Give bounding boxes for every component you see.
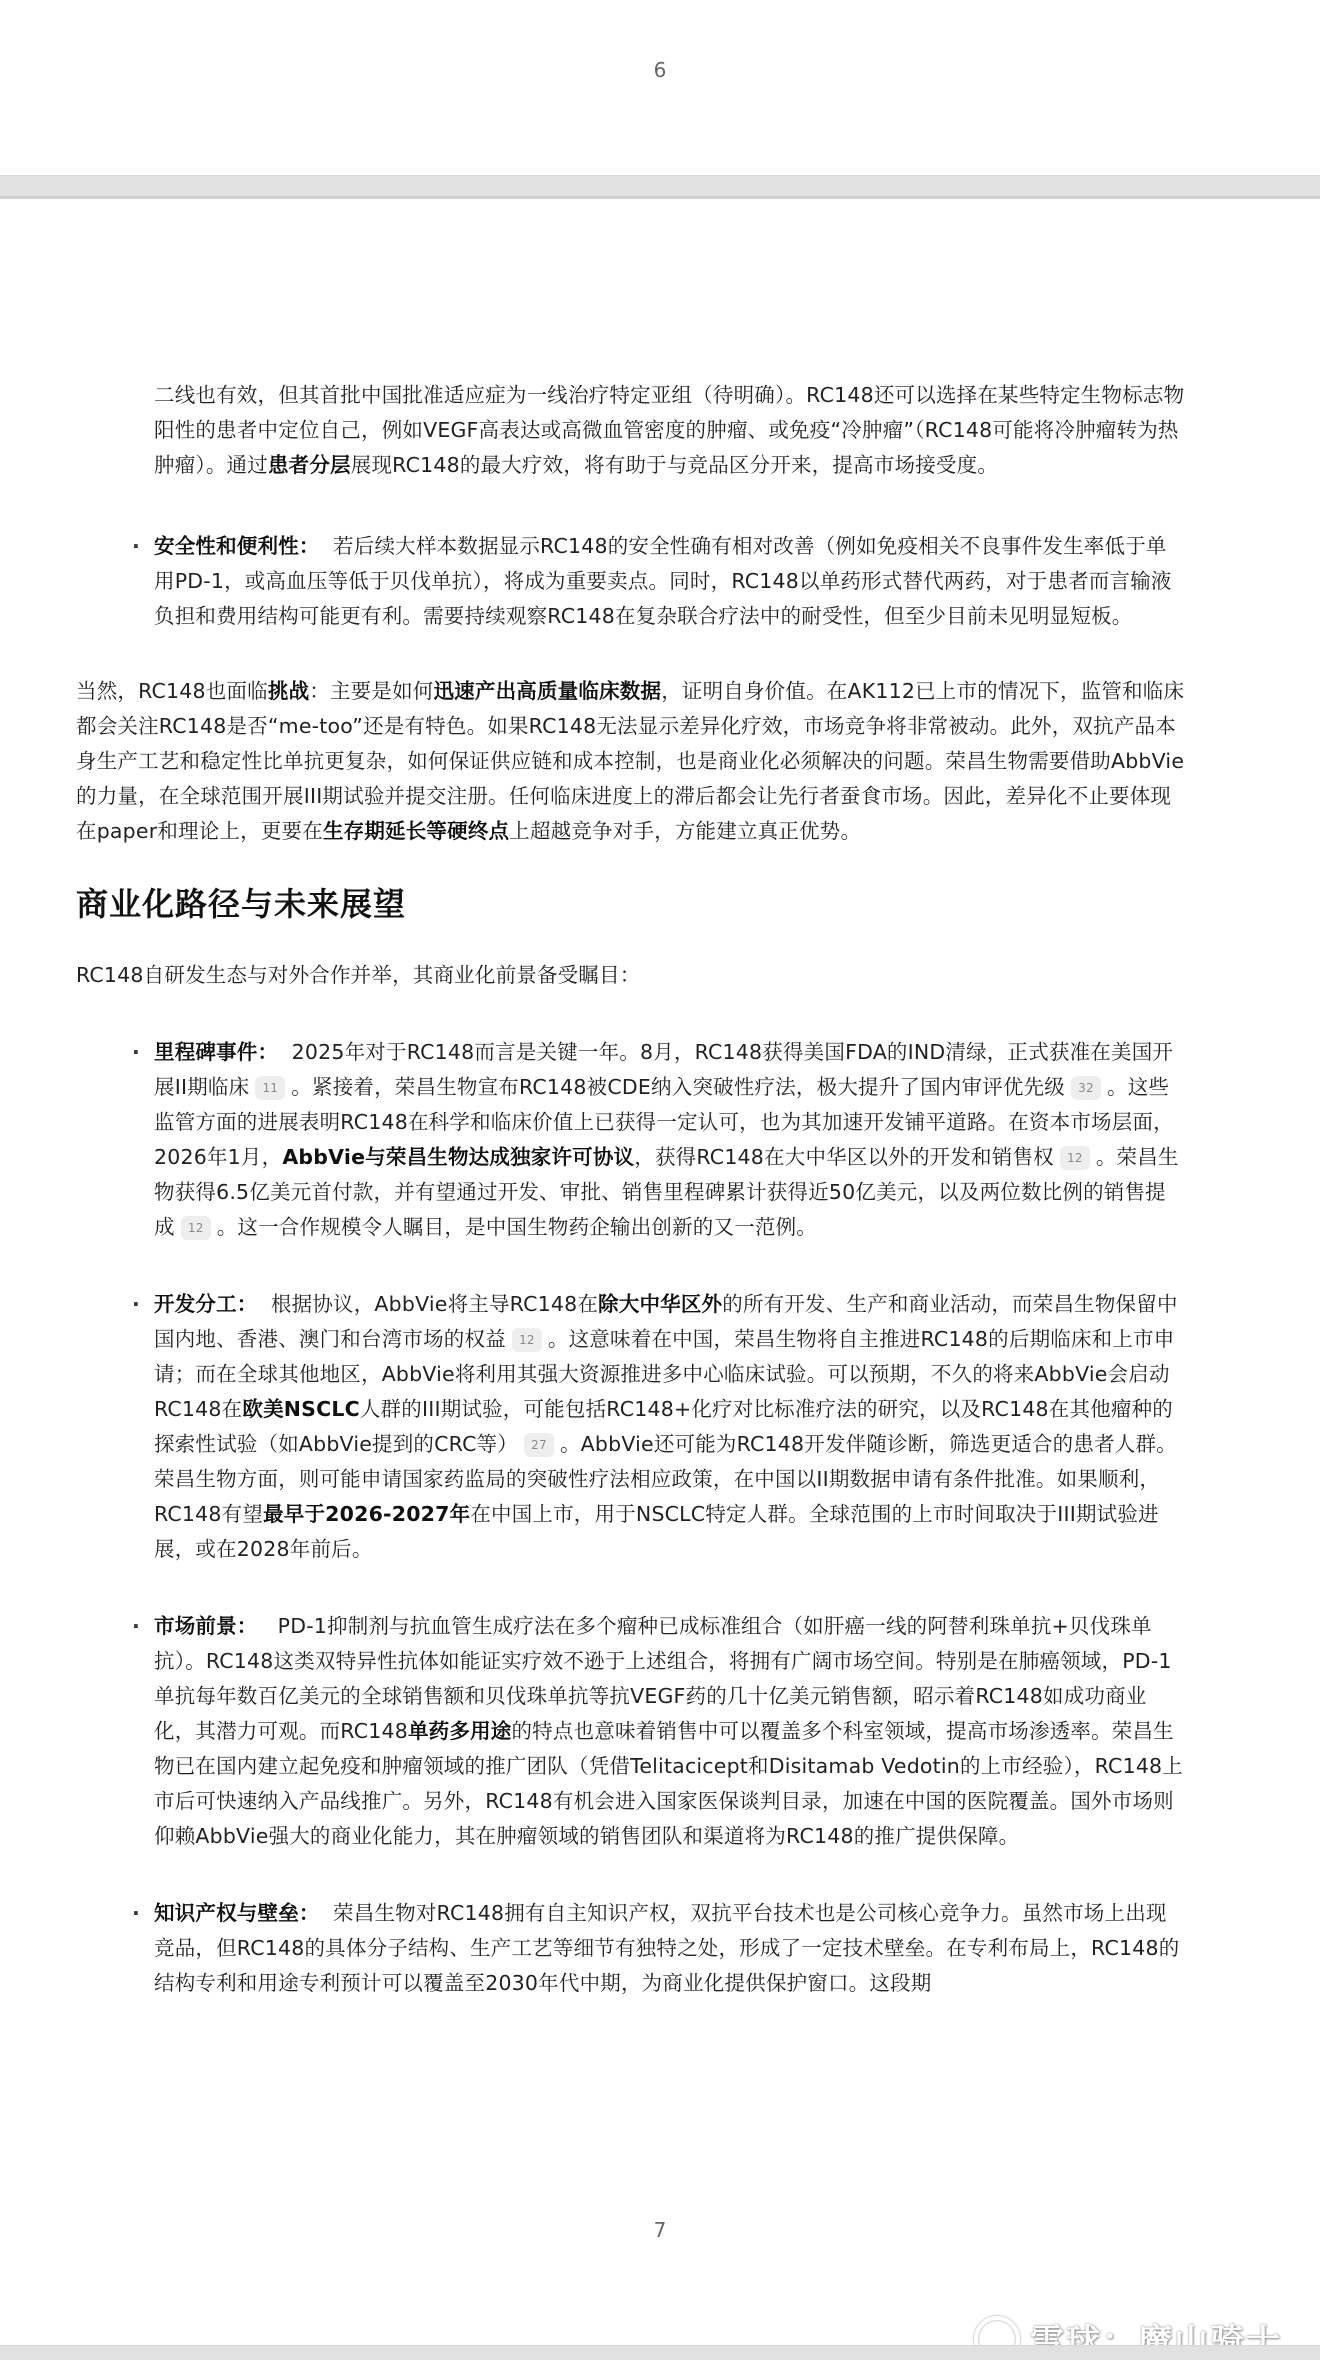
bullet-safety: · 安全性和便利性： 若后续大样本数据显示RC148的安全性确有相对改善（例如免… xyxy=(76,529,1186,634)
bold-segment: 单药多用途 xyxy=(408,1719,512,1743)
page-number-bottom: 7 xyxy=(0,2218,1320,2242)
bullet-icon: · xyxy=(132,1896,140,1931)
text-segment: 根据协议，AbbVie将主导RC148在 xyxy=(271,1292,598,1316)
citation-badge[interactable]: 11 xyxy=(255,1076,285,1100)
citation-badge[interactable]: 12 xyxy=(1060,1146,1090,1170)
text-segment: 当然，RC148也面临 xyxy=(76,679,268,703)
page-separator xyxy=(0,175,1320,199)
document-body: 二线也有效，但其首批中国批准适应症为一线治疗特定亚组（待明确）。RC148还可以… xyxy=(76,378,1186,2001)
text-segment: ：主要是如何 xyxy=(309,679,433,703)
bullet-market-outlook: · 市场前景： PD-1抑制剂与抗血管生成疗法在多个瘤种已成标准组合（如肝癌一线… xyxy=(76,1609,1186,1854)
bullet-icon: · xyxy=(132,1035,140,1070)
bullet-label: 里程碑事件： xyxy=(154,1040,278,1064)
bold-segment: 生存期延长等硬终点 xyxy=(323,819,509,843)
bullet-milestones: · 里程碑事件： 2025年对于RC148而言是关键一年。8月，RC148获得美… xyxy=(76,1035,1186,1245)
bullet-ip-barriers: · 知识产权与壁垒： 荣昌生物对RC148拥有自主知识产权，双抗平台技术也是公司… xyxy=(76,1896,1186,2001)
challenge-paragraph: 当然，RC148也面临挑战：主要是如何迅速产出高质量临床数据，证明自身价值。在A… xyxy=(76,674,1186,849)
bullet-label: 开发分工： xyxy=(154,1292,258,1316)
citation-badge[interactable]: 32 xyxy=(1071,1076,1101,1100)
bullet-icon: · xyxy=(132,1287,140,1322)
bold-segment: 最早于2026-2027年 xyxy=(263,1502,470,1526)
bullet-icon: · xyxy=(132,1609,140,1644)
page-separator-bottom xyxy=(0,2345,1320,2360)
section-heading: 商业化路径与未来展望 xyxy=(76,887,1186,922)
section-intro: RC148自研发生态与对外合作并举，其商业化前景备受瞩目： xyxy=(76,958,1186,993)
citation-badge[interactable]: 27 xyxy=(524,1433,554,1457)
bold-segment: 挑战 xyxy=(268,679,309,703)
citation-badge[interactable]: 12 xyxy=(181,1216,211,1240)
text-segment: 。紧接着，荣昌生物宣布RC148被CDE纳入突破性疗法，极大提升了国内审评优先级 xyxy=(291,1075,1065,1099)
text-segment: 展现RC148的最大疗效，将有助于与竞品区分开来，提高市场接受度。 xyxy=(351,453,998,477)
bold-segment: 除大中华区外 xyxy=(598,1292,722,1316)
intro-continuation-paragraph: 二线也有效，但其首批中国批准适应症为一线治疗特定亚组（待明确）。RC148还可以… xyxy=(76,378,1186,483)
bold-segment: 患者分层 xyxy=(268,453,351,477)
bullet-label: 市场前景： xyxy=(154,1614,258,1638)
bold-segment: 欧美NSCLC xyxy=(242,1397,359,1421)
bullet-development-division: · 开发分工： 根据协议，AbbVie将主导RC148在除大中华区外的所有开发、… xyxy=(76,1287,1186,1567)
bold-segment: AbbVie与荣昌生物达成独家许可协议 xyxy=(282,1145,634,1169)
bullet-icon: · xyxy=(132,529,140,564)
text-segment: ，获得RC148在大中华区以外的开发和销售权 xyxy=(634,1145,1054,1169)
text-segment: 上超越竞争对手，方能建立真正优势。 xyxy=(509,819,861,843)
page-number-top: 6 xyxy=(0,58,1320,82)
bullet-label: 知识产权与壁垒： xyxy=(154,1901,320,1925)
bullet-label: 安全性和便利性： xyxy=(154,534,320,558)
text-segment: 。这一合作规模令人瞩目，是中国生物药企输出创新的又一范例。 xyxy=(217,1215,817,1239)
bold-segment: 迅速产出高质量临床数据 xyxy=(433,679,661,703)
citation-badge[interactable]: 12 xyxy=(512,1328,542,1352)
